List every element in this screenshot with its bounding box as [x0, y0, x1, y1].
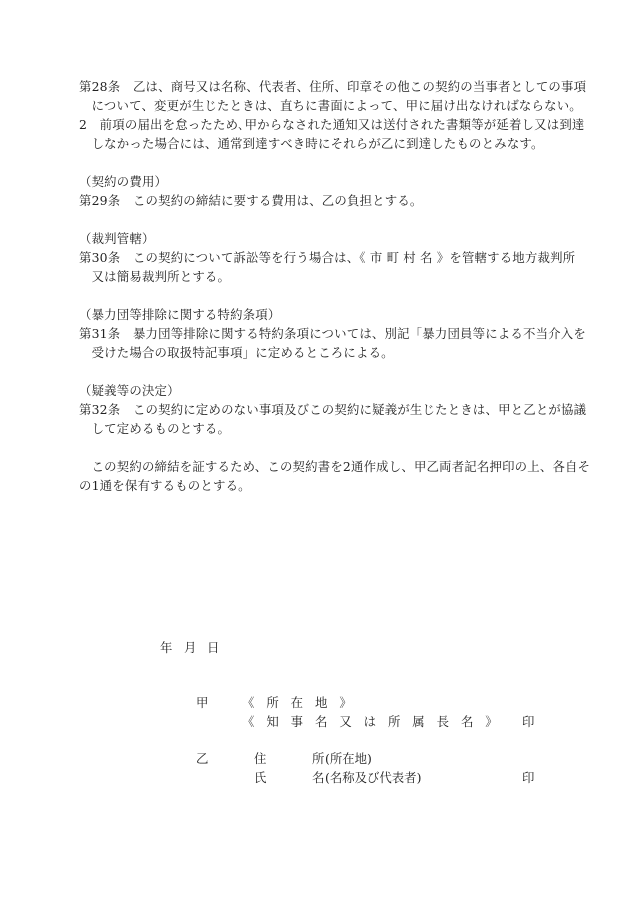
date-month: 月 [184, 638, 196, 657]
party-b-seal: 印 [522, 768, 534, 787]
article-31-heading: （暴力団等排除に関する特約条項） [79, 305, 549, 324]
article-28-line-2: について、変更が生じたときは、直ちに書面によって、甲に届け出なければならない。 [79, 96, 549, 115]
party-a-label: 甲 [196, 693, 208, 712]
article-29-line-1: 第29条 この契約の締結に要する費用は、乙の負担とする。 [79, 191, 549, 210]
article-31-line-2: 受けた場合の取扱特記事項」に定めるところによる。 [79, 343, 549, 362]
date-day: 日 [207, 638, 219, 657]
article-30-heading: （裁判管轄） [79, 229, 549, 248]
party-b-name-note: (名称及び代表者) [325, 768, 421, 787]
article-28-line-1: 第28条 乙は、商号又は名称、代表者、住所、印章その他この契約の当事者としての事… [79, 77, 549, 96]
party-b-name-label-1: 氏 [254, 768, 266, 787]
party-b-label: 乙 [196, 749, 208, 768]
party-b-address-note: (所在地) [325, 749, 372, 768]
article-32-line-2: して定めるものとする。 [79, 419, 549, 438]
date-year: 年 [160, 638, 172, 657]
party-b-name-label-2: 名 [312, 768, 324, 787]
article-32-heading: （疑義等の決定） [79, 381, 549, 400]
article-28-para-2-line-1: 2 前項の届出を怠ったため､甲からなされた通知又は送付された書類等が延着し又は到… [79, 115, 549, 134]
contract-page: 第28条 乙は、商号又は名称、代表者、住所、印章その他この契約の当事者としての事… [0, 0, 630, 903]
party-b-address-label-1: 住 [254, 749, 266, 768]
article-28-para-2-line-2: しなかった場合には、通常到達すべき時にそれらが乙に到達したものとみなす。 [79, 134, 549, 153]
party-a-name: 《 知 事 名 又 は 所 属 長 名 》 [242, 712, 502, 731]
party-a-address: 《 所 在 地 》 [242, 693, 356, 712]
article-32-line-1: 第32条 この契約に定めのない事項及びこの契約に疑義が生じたときは、甲と乙とが協… [79, 400, 549, 419]
closing-line-1: この契約の締結を証するため、この契約書を2通作成し、甲乙両者記名押印の上、各自そ [79, 457, 549, 476]
party-b-address-label-2: 所 [312, 749, 324, 768]
article-29-heading: （契約の費用） [79, 172, 549, 191]
closing-line-2: の1通を保有するものとする。 [79, 476, 549, 495]
article-30-line-2: 又は簡易裁判所とする。 [79, 267, 549, 286]
article-31-line-1: 第31条 暴力団等排除に関する特約条項については、別記「暴力団員等による不当介入… [79, 324, 549, 343]
article-30-line-1: 第30条 この契約について訴訟等を行う場合は、《 市 町 村 名 》を管轄する地… [79, 248, 549, 267]
party-a-seal: 印 [522, 712, 534, 731]
